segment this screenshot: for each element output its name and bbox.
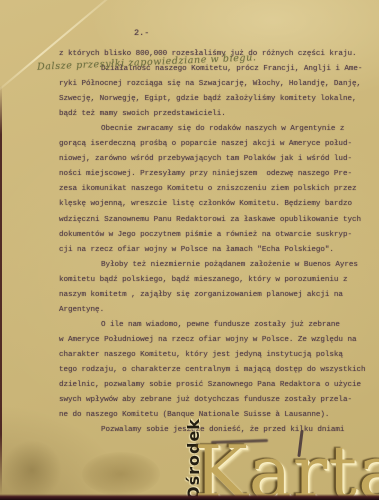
typewritten-line: Obecnie zwracamy się do rodaków naszych … (59, 122, 371, 137)
typewritten-line: cji na rzecz ofiar wojny w Polsce na łam… (59, 243, 371, 258)
typewritten-line: tego rodzaju, o charakterze centralnym i… (59, 363, 371, 378)
document-page: 2.- z których blisko 800,000 rozesłaliśm… (0, 0, 379, 500)
typewritten-line: O ile nam wiadomo, pewne fundusze został… (59, 318, 371, 333)
typewritten-line: dzielnic, pozwalamy sobie prosić Szanown… (59, 378, 371, 393)
typewritten-line: ności miejscowej. Przesyłamy przy niniej… (59, 167, 371, 182)
typewritten-line: Argentynę. (59, 303, 371, 318)
typewritten-line: gorącą iserdeczną prośbą o poparcie nasz… (59, 137, 371, 152)
watermark-karta: Karta (194, 436, 379, 500)
typewritten-line: swych wpływów aby zebrane już dotychczas… (59, 393, 371, 408)
scan-edge-bottom (0, 494, 379, 500)
typewritten-line: klęskę wojenną, wreszcie listę członków … (59, 197, 371, 212)
typewritten-line: niowej, zarówno wśród przebywających tam… (59, 152, 371, 167)
typewritten-line: dokumentów w Jego poczytnem piśmie a rów… (59, 228, 371, 243)
typewritten-line: Szwecję, Norwegję, Egipt, gdzie bądź zał… (59, 92, 371, 107)
typewritten-line: charakter naszego Komitetu, który jest j… (59, 348, 371, 363)
typewritten-line: wdzięczni Szanownemu Panu Redaktorowi za… (59, 213, 371, 228)
typewritten-line: komitetu bądź polskiego, bądź mieszanego… (59, 273, 371, 288)
typewritten-line: ryki Północnej rozciąga się na Szwajcarj… (59, 77, 371, 92)
scan-edge-left (0, 85, 2, 496)
typewritten-line: zesa ikomunikat naszego Komitetu o znisz… (59, 182, 371, 197)
page-number: 2.- (134, 28, 149, 38)
typewritten-line: Byłoby też niezmiernie pożądanem założen… (59, 258, 371, 273)
paper-stain-corner (2, 440, 62, 500)
typewritten-line: ne do naszego Komitetu (Banque Nationale… (59, 408, 371, 423)
paper-stain (82, 452, 160, 496)
typewritten-line: bądź też mamy swoich przedstawicieli. (59, 107, 371, 122)
typewritten-line: naszym komitetm , zająłby się zorganizow… (59, 288, 371, 303)
typewritten-text: z których blisko 800,000 rozesłaliśmy ju… (59, 47, 371, 438)
typewritten-line: w Ameryce Południowej na rzecz ofiar woj… (59, 333, 371, 348)
